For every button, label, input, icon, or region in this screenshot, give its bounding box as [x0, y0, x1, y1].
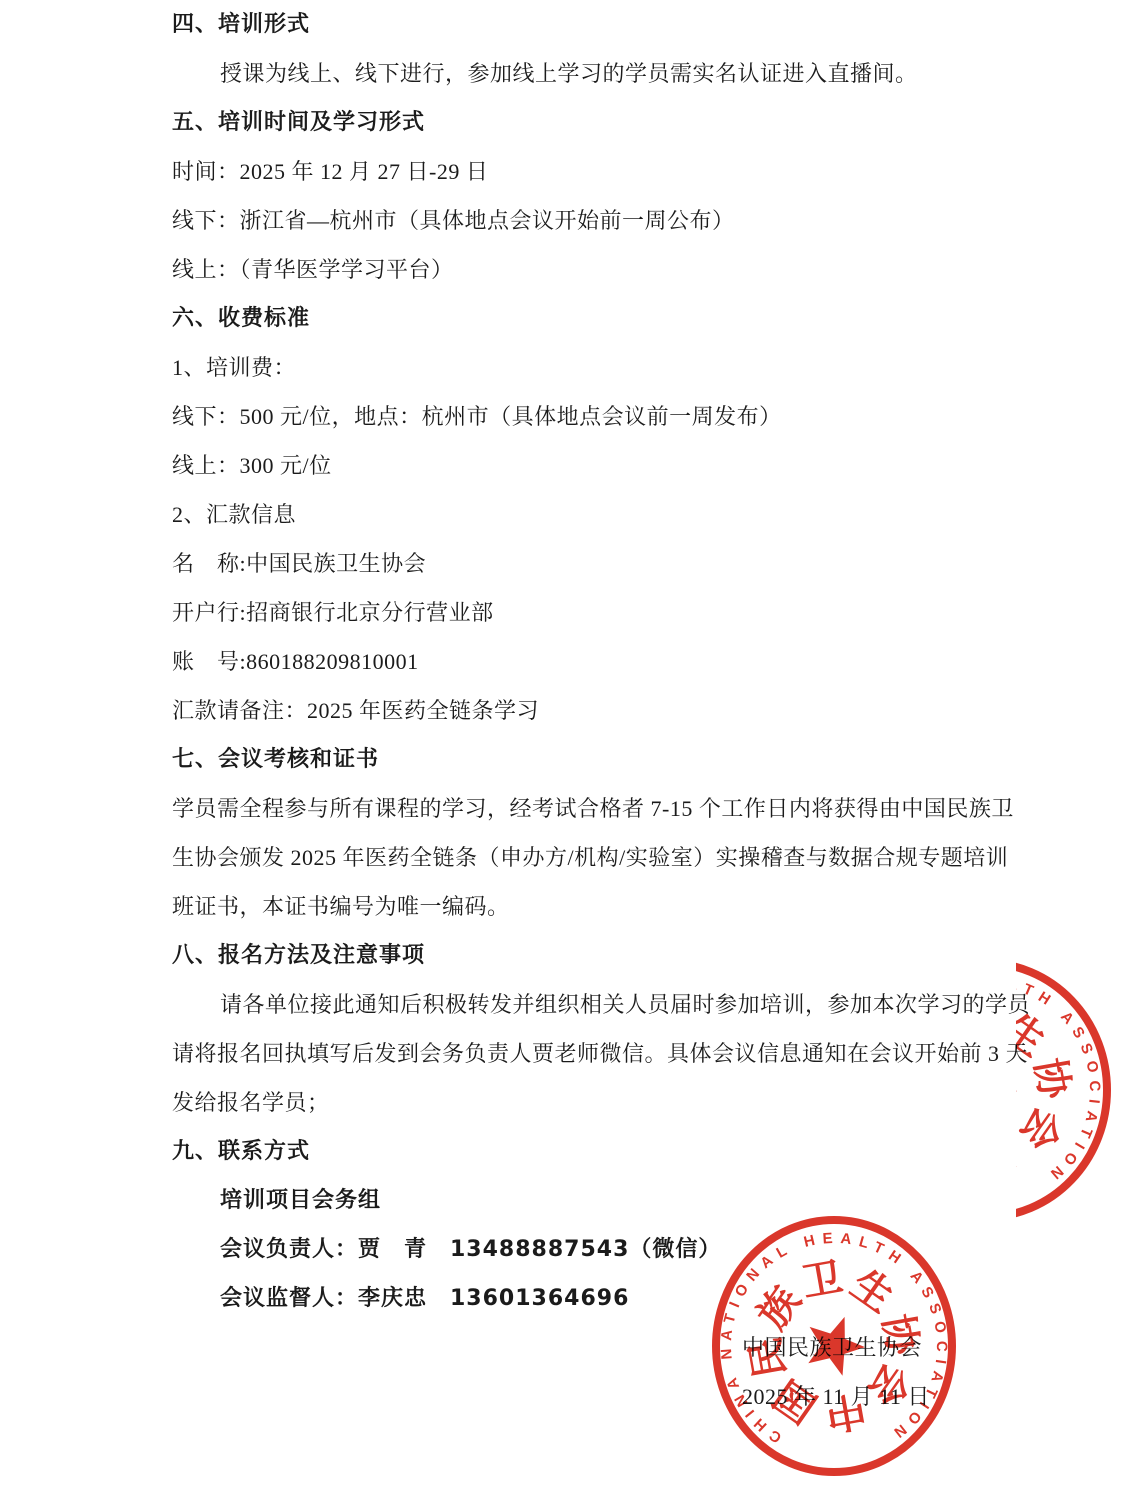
body-line: 生协会颁发 2025 年医药全链条（申办方/机构/实验室）实操稽查与数据合规专题… [172, 833, 1102, 882]
signature-line: 中国民族卫生协会 [742, 1323, 1102, 1372]
contact-line: 会议负责人：贾 青 13488887543（微信） [172, 1225, 1102, 1274]
body-line: 线下：浙江省—杭州市（具体地点会议开始前一周公布） [172, 196, 1102, 245]
body-line: 2、汇款信息 [172, 490, 1102, 539]
section-heading: 七、会议考核和证书 [172, 735, 1102, 784]
signature-line: 2025 年 11 月 11 日 [742, 1372, 1102, 1421]
body-line: 线上：300 元/位 [172, 441, 1102, 490]
body-line: 汇款请备注：2025 年医药全链条学习 [172, 686, 1102, 735]
body-line: 账 号:860188209810001 [172, 637, 1102, 686]
body-line: 学员需全程参与所有课程的学习，经考试合格者 7-15 个工作日内将获得由中国民族… [172, 784, 1102, 833]
body-line: 线下：500 元/位，地点：杭州市（具体地点会议前一周发布） [172, 392, 1102, 441]
body-line: 发给报名学员； [172, 1078, 1102, 1127]
body-line: 开户行:招商银行北京分行营业部 [172, 588, 1102, 637]
body-line: 班证书，本证书编号为唯一编码。 [172, 882, 1102, 931]
section-heading: 五、培训时间及学习形式 [172, 98, 1102, 147]
section-heading: 八、报名方法及注意事项 [172, 931, 1102, 980]
section-heading: 九、联系方式 [172, 1127, 1102, 1176]
document-page: 四、培训形式授课为线上、线下进行，参加线上学习的学员需实名认证进入直播间。五、培… [0, 0, 1125, 1485]
contact-line: 培训项目会务组 [172, 1176, 1102, 1225]
body-line: 请将报名回执填写后发到会务负责人贾老师微信。具体会议信息通知在会议开始前 3 天 [172, 1029, 1102, 1078]
contact-line: 会议监督人：李庆忠 13601364696 [172, 1274, 1102, 1323]
section-heading: 四、培训形式 [172, 0, 1102, 49]
body-line: 名 称:中国民族卫生协会 [172, 539, 1102, 588]
section-heading: 六、收费标准 [172, 294, 1102, 343]
body-line: 请各单位接此通知后积极转发并组织相关人员届时参加培训，参加本次学习的学员 [172, 980, 1102, 1029]
document-body: 四、培训形式授课为线上、线下进行，参加线上学习的学员需实名认证进入直播间。五、培… [172, 0, 1102, 1421]
body-line: 授课为线上、线下进行，参加线上学习的学员需实名认证进入直播间。 [172, 49, 1102, 98]
body-line: 线上：（青华医学学习平台） [172, 245, 1102, 294]
body-line: 1、培训费： [172, 343, 1102, 392]
body-line: 时间：2025 年 12 月 27 日-29 日 [172, 147, 1102, 196]
